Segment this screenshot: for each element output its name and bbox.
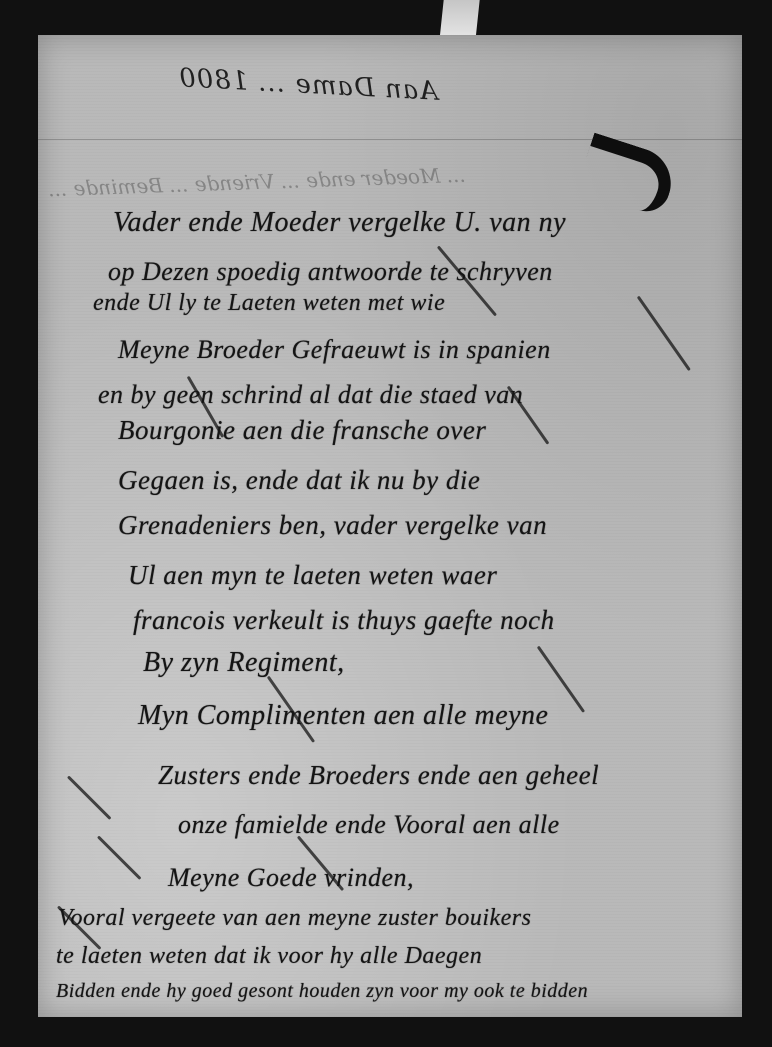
letter-line-17: te laeten weten dat ik voor hy alle Daeg… <box>56 943 482 970</box>
letter-line-12: Myn Complimenten aen alle meyne <box>138 700 548 732</box>
letter-line-11: By zyn Regiment, <box>143 647 345 679</box>
letter-line-5: en by geen schrind al dat die staed van <box>98 380 523 410</box>
letter-line-14: onze famielde ende Vooral aen alle <box>178 810 560 840</box>
letter-line-1: Vader ende Moeder vergelke U. van ny <box>113 207 566 239</box>
letter-line-16: Vooral vergeete van aen meyne zuster bou… <box>58 905 531 932</box>
bleed-stroke <box>97 835 142 880</box>
fold-line <box>38 139 742 140</box>
letter-line-6: Bourgonie aen die fransche over <box>118 415 486 446</box>
letter-line-13: Zusters ende Broeders ende aen geheel <box>158 760 599 791</box>
bleedthrough-header: Aan Dame ... 1800 <box>177 63 438 107</box>
letter-line-2: op Dezen spoedig antwoorde te schryven <box>108 257 553 287</box>
bleed-stroke <box>67 775 112 820</box>
letter-line-15: Meyne Goede vrinden, <box>168 863 414 893</box>
letter-line-7: Gegaen is, ende dat ik nu by die <box>118 465 480 496</box>
letter-line-3: ende Ul ly te Laeten weten met wie <box>93 290 445 317</box>
bleed-stroke <box>637 296 691 371</box>
letter-line-10: francois verkeult is thuys gaefte noch <box>133 605 555 636</box>
letter-line-18: Bidden ende hy goed gesont houden zyn vo… <box>56 980 588 1003</box>
scanned-document: Aan Dame ... 1800 ... Moeder ende ... Vr… <box>0 0 772 1047</box>
letter-line-8: Grenadeniers ben, vader vergelke van <box>118 510 547 541</box>
letter-line-4: Meyne Broeder Gefraeuwt is in spanien <box>118 335 551 365</box>
letter-line-9: Ul aen myn te laeten weten waer <box>128 560 497 591</box>
ink-flourish <box>576 133 680 218</box>
bleed-stroke <box>507 386 550 445</box>
bleedthrough-text: ... Moeder ende ... Vriende ... Beminde … <box>48 163 466 202</box>
letter-paper: Aan Dame ... 1800 ... Moeder ende ... Vr… <box>38 35 742 1017</box>
